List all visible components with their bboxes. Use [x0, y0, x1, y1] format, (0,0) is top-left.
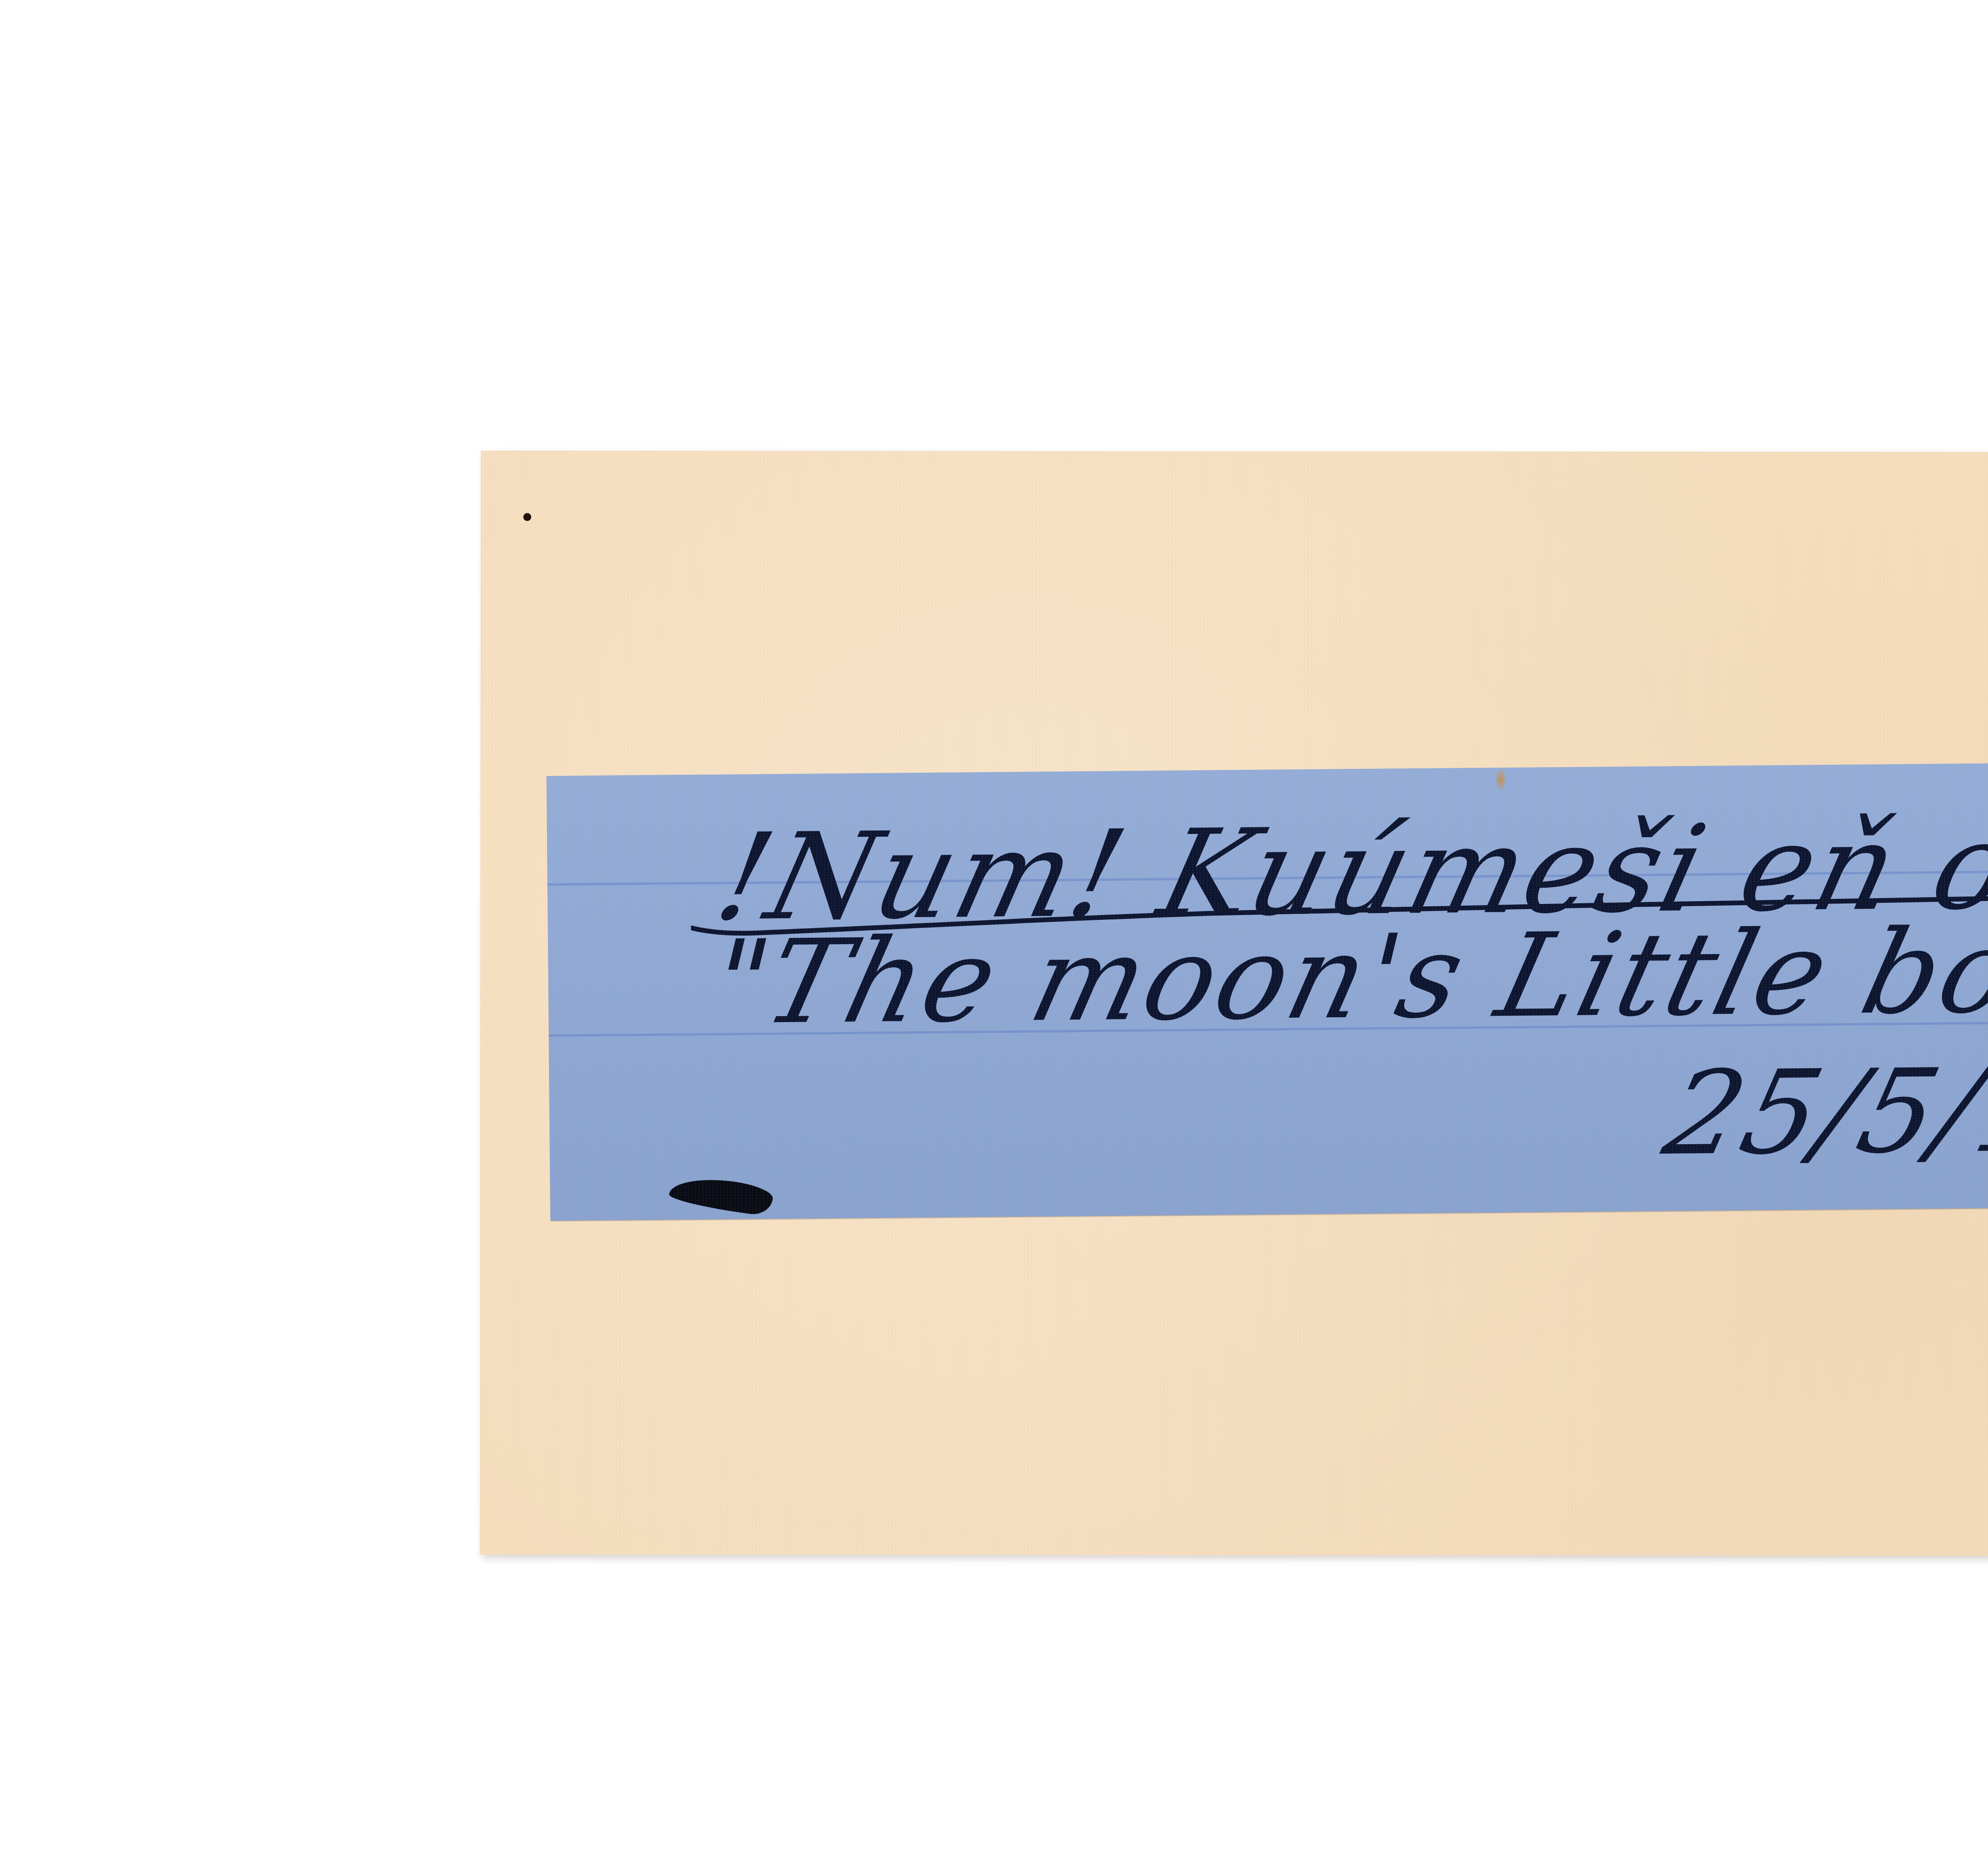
ink-blot — [668, 1174, 775, 1217]
blue-paper-strip: !Num! Kuúmeši eň ouá "The moon's Little … — [546, 761, 1988, 1221]
scan-background: !Num! Kuúmeši eň ouá "The moon's Little … — [0, 0, 1988, 1864]
handwritten-date: 25/5/19, — [1655, 1052, 1988, 1172]
cream-card: !Num! Kuúmeši eň ouá "The moon's Little … — [480, 451, 1988, 1556]
rust-stain — [1495, 768, 1507, 791]
handwritten-line-translation: "The moon's Little body" — [700, 912, 1988, 1041]
ink-dot — [523, 513, 531, 521]
